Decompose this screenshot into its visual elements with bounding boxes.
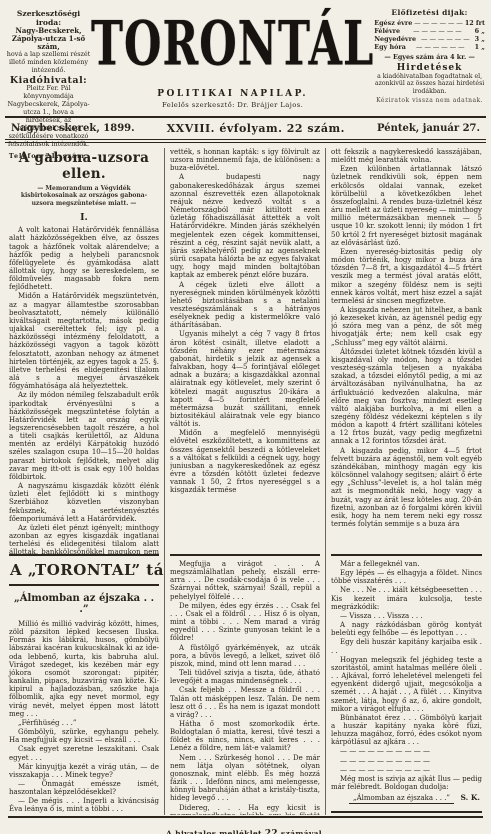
editor-line: Felelős szerkesztő: Dr. Brájjer Lajos. [91, 101, 374, 109]
article-col1: A gabona-uzsora ellen. — Memorandum a Vé… [9, 148, 159, 554]
article-col2: vették, s honnan kapták: s igy fölvirult… [170, 148, 320, 554]
paragraph: Áltőzsdei üzletet kötnek tőzsdén kivül a… [331, 348, 482, 446]
paragraph: Didereg, . . . Ha egy kicsit is megmeleg… [170, 804, 320, 815]
subscription-row: Negyedévre — — — — — — 3 „ [374, 35, 485, 43]
paragraph: De milyen, édes egy érzés . . . Csak fel… [170, 602, 320, 643]
subscription-value: 6 „ [475, 27, 485, 35]
paragraph: Ugyanis mihelyt a cég 7 vagy 8 frtos áro… [170, 330, 320, 428]
paragraph: — Vissza . . . Vissza . . . [331, 612, 482, 620]
dash-fill: — — — — — — [400, 27, 475, 35]
subscription-value: 12 frt [465, 19, 485, 27]
paragraph: Csak feljebb . . Messze a földről . . . … [170, 686, 320, 719]
paragraph: Csak egyet szeretne leszakitani. Csak eg… [9, 745, 159, 761]
dateline-issue: XXVIII. évfolyam. 22 szám. [167, 122, 345, 135]
subscription-row: Félévre — — — — — — 6 „ [374, 27, 485, 35]
ads-note: a kiadóhivatalban fogadtatnak el, azonki… [374, 73, 485, 95]
paragraph: A volt katonai Határőrvidék fennállása a… [9, 226, 159, 291]
page-footer: A hivatalos melléklet 22 számával. [8, 816, 483, 834]
paragraph: Még most is szivja az ajkát Ilus — pedig… [331, 775, 482, 791]
paragraph: Hátha ő most szomorkodik érte. Boldogtal… [170, 720, 320, 753]
editorial-office-note: hová a lap szellemi részét illető minden… [6, 51, 91, 75]
supplement-prefix: A hivatalos melléklet [166, 829, 262, 834]
single-copy-price: — Egyes szám ára 4 kr. — [374, 53, 485, 61]
paragraph: Gömbölyü, szürke, egyhangu pehely. Ha me… [9, 728, 159, 744]
article-col3: ott fekszik a nagykereskedő kasszájában,… [331, 148, 482, 554]
story-closing-line: „Álmomban az éjszaka . . .” [349, 794, 454, 804]
publisher-note: Pleitz Fer. Pál könyvnyomdája Nagybecske… [6, 85, 91, 148]
feuilleton-section-title: A „TORONTAL” tárczája. [10, 561, 165, 579]
subscription-label: Negyedévre [374, 35, 416, 43]
subscription-row: Egy hóra — — — — — — 1 „ [374, 43, 485, 51]
paragraph: — — — — — — — — — — [331, 766, 482, 774]
supplement-number: 22 [265, 829, 278, 834]
article-title: A gabona-uzsora ellen. [9, 150, 159, 182]
paragraph: Midőn a Határőrvidék megszüntetvén, az a… [9, 292, 159, 390]
story-col1-text: Millió és millió vadvirág között, himes,… [9, 620, 159, 815]
editorial-office-title: Szerkesztőségi iroda: [6, 9, 91, 27]
subscription-row: Egész évre — — — — — — 12 frt [374, 19, 485, 27]
story-col3-text: Már a fellegeknél van.Egy lépés — és elh… [331, 556, 482, 791]
paragraph: „Férfihüség . . .” [9, 719, 159, 727]
paper-title: TORONTÁL [91, 9, 374, 80]
column-2: vették, s honnan kapták: s igy fölvirult… [165, 148, 326, 815]
masthead: TORONTÁL POLITIKAI NAPILAP. Felelős szer… [91, 9, 374, 116]
feuilleton-col1: A „TORONTAL” tárczája. „Álmomban az éjsz… [9, 554, 159, 815]
article-subtitle: — Memorandum a Végvidék kisbirtokosainak… [9, 185, 159, 207]
subscription-value: 3 „ [475, 35, 485, 43]
paragraph: Megfujja a virágot . . . A megszámlálhat… [170, 560, 320, 601]
feuilleton-col2: Megfujja a virágot . . . A megszámlálhat… [170, 554, 320, 815]
paragraph: ott fekszik a nagykereskedő kasszájában,… [331, 148, 482, 164]
paragraph: — De mégis . . . Ingerli a kiváncsiság É… [9, 797, 159, 813]
paragraph: Bünbánatot érez . . . Gömbölyü karjait a… [331, 714, 482, 747]
page-body: A gabona-uzsora ellen. — Memorandum a Vé… [0, 143, 491, 815]
subscription-value: 1 „ [475, 43, 485, 51]
column-1: A gabona-uzsora ellen. — Memorandum a Vé… [4, 148, 165, 815]
paragraph: Ezen különben ártatlannak látszó üzletne… [331, 165, 482, 247]
article-col1-text: A volt katonai Határőrvidék fennállása a… [9, 226, 159, 554]
paragraph: A cégek üzleti elve állott a nyereségnek… [170, 281, 320, 330]
paragraph: Az ily módon némileg felszabadult erők i… [9, 391, 159, 481]
paragraph: Hogyan melegszik fel jéghideg teste a sz… [331, 656, 482, 713]
dash-fill: — — — — — — [416, 35, 475, 43]
story-closing-row: „Álmomban az éjszaka . . .” S. K. [331, 792, 482, 804]
paragraph: Ezen nyereség-biztositás pedig oly módon… [331, 248, 482, 305]
paragraph: — — — — — — — — — — [331, 747, 482, 755]
editorial-office-street: Zápolya-utcza 1-ső szám, [6, 35, 91, 51]
paragraph: Millió és millió vadvirág között, himes,… [9, 620, 159, 718]
paragraph: Már a fellegeknél van. [331, 560, 482, 568]
paragraph: — Önmagát eméssze ismét, haszontalan kép… [9, 780, 159, 796]
paragraph: Már kinyujtja kezét a virág után, — de v… [9, 763, 159, 779]
subscription-label: Egész évre [374, 19, 412, 27]
ads-title: Hirdetések [374, 64, 485, 72]
paper-subtitle: POLITIKAI NAPILAP. [91, 89, 374, 99]
author-signature: S. K. [460, 793, 480, 802]
paragraph: Ne . . . Ne . . . kiált kétségbeesetten … [331, 586, 482, 610]
story-col2-text: Megfujja a virágot . . . A megszámlálhat… [170, 556, 320, 815]
supplement-suffix: számával. [281, 829, 325, 834]
story-title: „Álmomban az éjszaka . . .” [9, 593, 159, 615]
paragraph: Egy deli huszár kapitány karjaiba esik .… [331, 638, 482, 654]
manuscript-note: Kéziratok vissza nem adatnak. [374, 97, 485, 105]
paragraph: Nem . . . Szürkeség honol . . . De már n… [170, 754, 320, 803]
subscription-title: Előfizetési dijak: [374, 9, 485, 17]
column-3: ott fekszik a nagykereskedő kasszájában,… [326, 148, 487, 815]
editorial-office-box: Szerkesztőségi iroda: Nagy-Becskerek, Zá… [6, 9, 91, 116]
paragraph: A nagy rázkódásban görög kontyát beleüti… [331, 621, 482, 637]
masthead-header: Szerkesztőségi iroda: Nagy-Becskerek, Zá… [0, 0, 491, 116]
paragraph: Egy lépés — és elhagyja a földet. Nincs … [331, 569, 482, 585]
dateline-place: Nagybecskerek, 1899. [11, 123, 135, 134]
subscription-box: Előfizetési dijak: Egész évre — — — — — … [374, 9, 485, 116]
paragraph: Teli tüdővel szivja a tiszta, üde, áthat… [170, 669, 320, 685]
paragraph: A nagyszámu kisgazdák között élénk üzlet… [9, 482, 159, 523]
paragraph: vették, s honnan kapták: s igy fölvirult… [170, 148, 320, 172]
paragraph: A kisgazda nehezen jut hitelhez, a bank … [331, 306, 482, 347]
feuilleton-col3: Már a fellegeknél van.Egy lépés — és elh… [331, 554, 482, 813]
supplement-notice: A hivatalos melléklet 22 számával. [166, 829, 325, 834]
feuilleton-end-rule [331, 811, 482, 813]
newspaper-page: Szerkesztőségi iroda: Nagy-Becskerek, Zá… [0, 0, 491, 834]
paragraph: A budapesti nagy gabonakereskedőházak ár… [170, 173, 320, 279]
section-numeral: I. [9, 212, 159, 223]
paragraph: — — — — — — — — — — [331, 757, 482, 765]
paragraph: Midőn a megfelelő mennyiségü elővétel es… [170, 429, 320, 494]
dash-fill: — — — — — — [406, 43, 475, 51]
paragraph: A kisgazda pedig, mikor 4—5 frtot felvet… [331, 447, 482, 529]
article-col2-text: vették, s honnan kapták: s igy fölvirult… [170, 148, 320, 495]
article-col3-text: ott fekszik a nagykereskedő kasszájában,… [331, 148, 482, 528]
feuilleton-header: A „TORONTAL” tárczája. [9, 556, 159, 586]
dateline-day: Péntek, január 27. [377, 123, 480, 134]
subscription-label: Félévre [374, 27, 400, 35]
dash-fill: — — — — — — [412, 19, 465, 27]
paragraph: Az üzleti élet pénzt igényelt; minthogy … [9, 524, 159, 554]
paragraph: A füstölgő gyárkémények, az utcák pora, … [170, 644, 320, 668]
subscription-label: Egy hóra [374, 43, 406, 51]
